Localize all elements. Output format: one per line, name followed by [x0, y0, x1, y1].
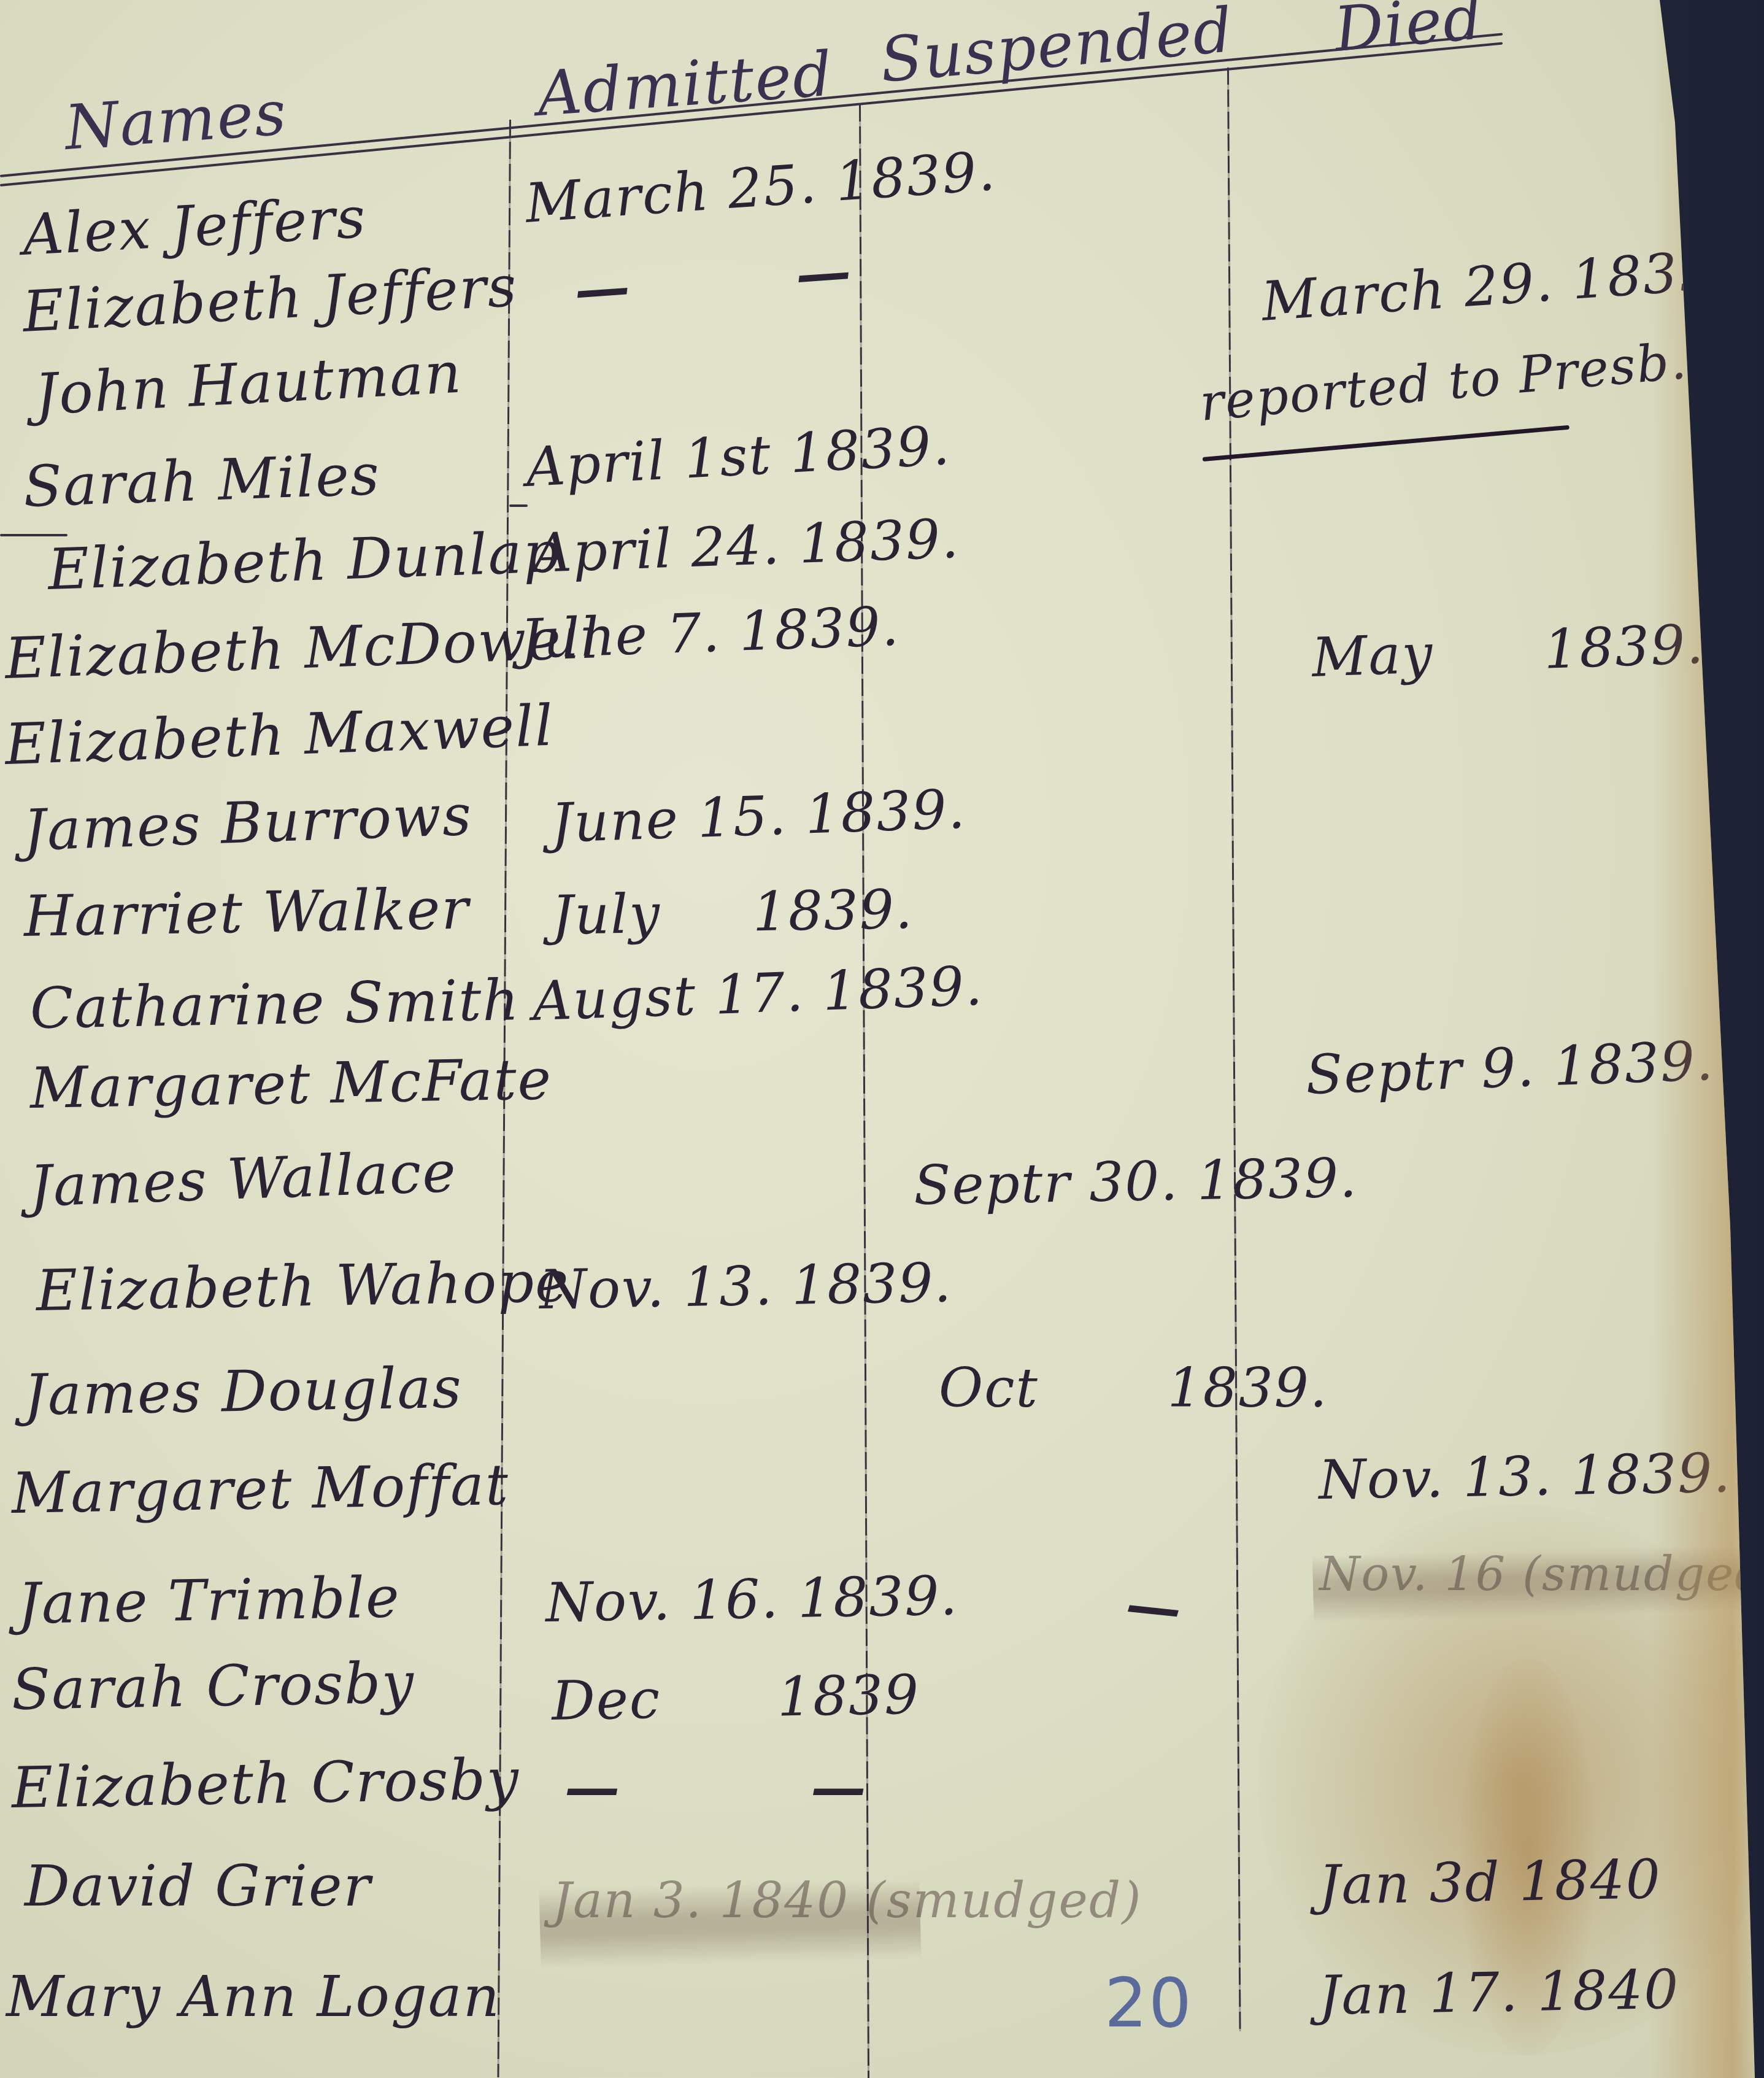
- entry-name: Sarah Miles: [22, 442, 381, 520]
- note-underline: [1203, 425, 1569, 462]
- entry-admitted-date: April 1st 1839.: [525, 414, 952, 499]
- entry-name: James Douglas: [23, 1355, 463, 1428]
- ditto-mark: — —: [572, 233, 926, 323]
- entry-admitted-date: March 25. 1839.: [523, 139, 998, 235]
- entry-name: James Wallace: [28, 1139, 458, 1219]
- entry-admitted-date: April 24. 1839.: [531, 507, 960, 585]
- entry-admitted-date: June 15. 1839.: [550, 777, 967, 855]
- entry-admitted-date: June 7. 1839.: [519, 594, 901, 671]
- entry-died-date: Jan 17. 1840: [1318, 1958, 1680, 2027]
- entry-admitted-date: Nov. 16. 1839.: [545, 1564, 959, 1634]
- entry-suspended-date: Oct 1839.: [939, 1356, 1328, 1419]
- entry-admitted-date: Nov. 13. 1839.: [539, 1251, 953, 1321]
- entry-name: John Hautman: [33, 340, 463, 428]
- entry-died-date: May 1839.: [1311, 612, 1705, 689]
- register-page: Names Admitted Suspended Died Alex Jeffe…: [0, 0, 1764, 2078]
- entry-separator: [0, 534, 67, 536]
- entry-name: Catharine Smith: [29, 967, 520, 1041]
- column-header-admitted: Admitted: [535, 38, 836, 130]
- entry-suspended-date: Septr 30. 1839.: [913, 1146, 1358, 1217]
- entry-separator-admitted: [509, 504, 528, 507]
- entry-admitted-date: July 1839.: [551, 878, 914, 947]
- column-header-suspended: Suspended: [877, 0, 1236, 96]
- entry-name: Elizabeth Jeffers: [21, 253, 519, 345]
- ditto-mark: — —: [564, 1755, 952, 1820]
- entry-admitted-date: Augst 17. 1839.: [531, 954, 984, 1033]
- entry-name: Jane Trimble: [17, 1564, 401, 1637]
- entry-admitted-date: Dec 1839: [551, 1663, 920, 1732]
- entry-name: Harriet Walker: [23, 876, 470, 949]
- entry-died-note: reported to Presb.: [1198, 332, 1690, 433]
- entry-name: James Burrows: [22, 782, 473, 863]
- entry-name: Sarah Crosby: [11, 1650, 415, 1723]
- entry-name: David Grier: [25, 1853, 371, 1919]
- entry-name: Mary Ann Logan: [6, 1964, 501, 2030]
- entry-admitted-date-smudged: Jan 3. 1840 (smudged): [552, 1872, 1142, 1929]
- entry-name: Elizabeth Maxwell: [4, 693, 555, 778]
- page-number: 20: [1104, 1964, 1193, 2042]
- entry-name: Margaret Moffat: [11, 1452, 510, 1526]
- entry-name: Elizabeth Wahope: [36, 1249, 570, 1324]
- column-header-died: Died: [1331, 0, 1487, 66]
- entry-name: Elizabeth Crosby: [11, 1747, 520, 1821]
- entry-name: Margaret McFate: [29, 1046, 553, 1121]
- entry-died-date: Jan 3d 1840: [1318, 1847, 1662, 1917]
- column-divider-suspended: [1227, 68, 1241, 2031]
- entry-name: Alex Jeffers: [21, 185, 368, 268]
- entry-name: Elizabeth McDowell: [4, 605, 601, 692]
- ditto-mark: —: [1123, 1572, 1186, 1642]
- entry-name: Elizabeth Dunlap: [47, 519, 561, 603]
